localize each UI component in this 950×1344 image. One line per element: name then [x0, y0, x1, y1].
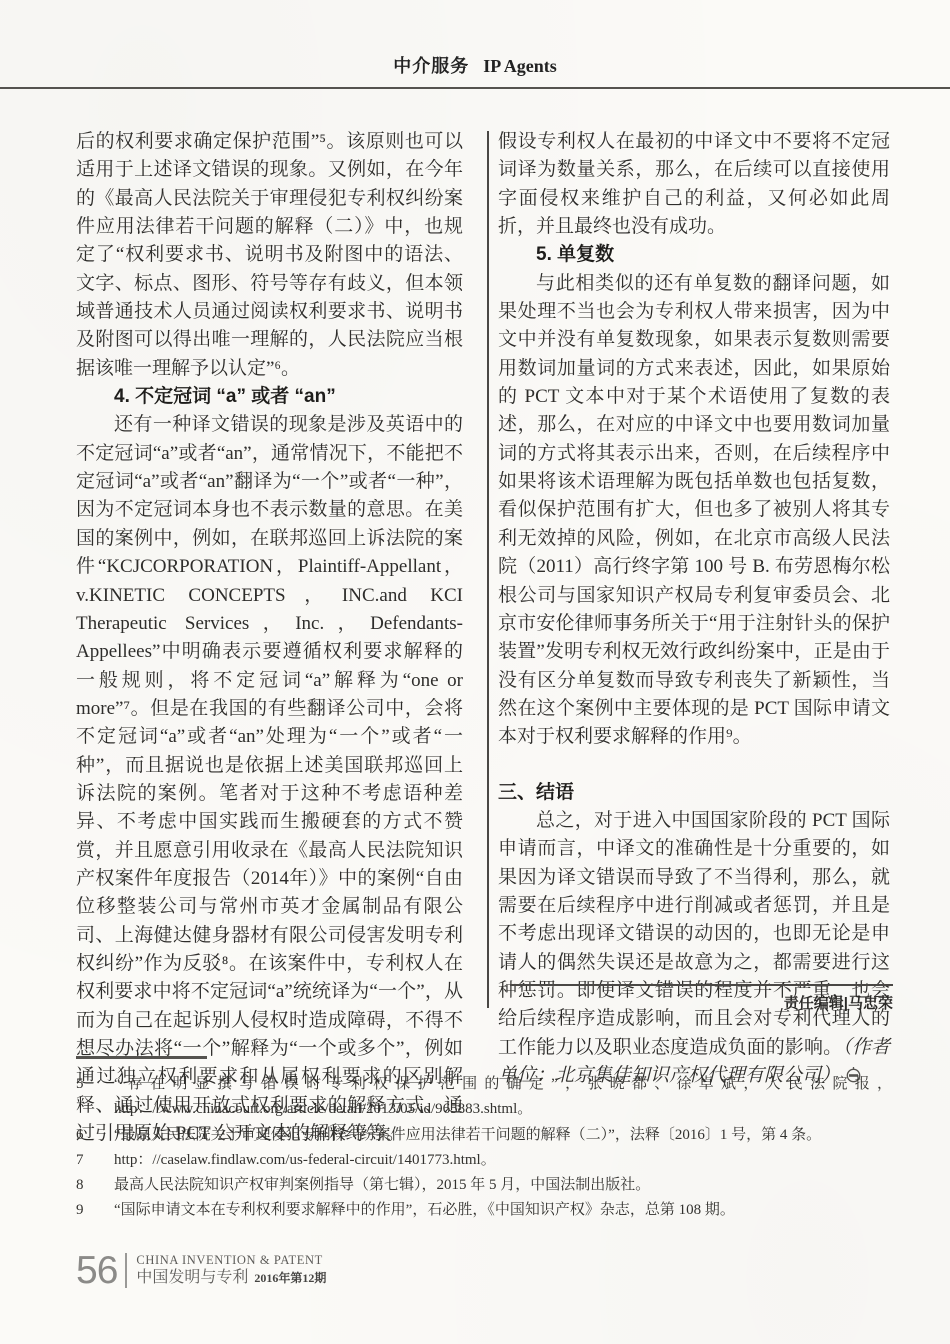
footnote-text: 最高人民法院知识产权审判案例指导（第七辑），2015 年 5 月，中国法制出版社…	[114, 1173, 892, 1198]
footnote-text: http：//caselaw.findlaw.com/us-federal-ci…	[114, 1148, 892, 1173]
paragraph-claim-scope: 后的权利要求确定保护范围”⁵。该原则也可以适用于上述译文错误的现象。又例如，在今…	[76, 128, 463, 383]
footnote-text: “最高人民法院关于审理侵犯专利权纠纷案件应用法律若干问题的解释（二）”，法释〔2…	[114, 1123, 892, 1148]
footnotes-section: 5 “存在明显撰写错误时专利权保护范围的确定”，张晓都、徐卓斌，人民法院报，ht…	[76, 1056, 892, 1224]
journal-name-cn: 中国发明与专利	[136, 1269, 248, 1286]
paragraph-singular-plural: 与此相类似的还有单复数的翻译问题，如果处理不当也会为专利权人带来损害，因为中文中…	[498, 270, 890, 752]
footnote-item: 8 最高人民法院知识产权审判案例指导（第七辑），2015 年 5 月，中国法制出…	[76, 1173, 892, 1198]
footnote-item: 9 “国际申请文本在专利权利要求解释中的作用”，石必胜，《中国知识产权》杂志，总…	[76, 1198, 892, 1223]
paragraph-literal-infringement: 假设专利权人在最初的中译文中不要将不定冠词译为数量关系，那么，在后续可以直接使用…	[498, 128, 890, 241]
footnote-text: “国际申请文本在专利权利要求解释中的作用”，石必胜，《中国知识产权》杂志，总第 …	[114, 1198, 892, 1223]
section-title-en: IP Agents	[483, 56, 557, 76]
page-number: 56	[76, 1251, 117, 1290]
magazine-page: 中介服务IP Agents 后的权利要求确定保护范围”⁵。该原则也可以适用于上述…	[0, 0, 950, 1344]
journal-name-cn-row: 中国发明与专利2016年第12期	[136, 1268, 326, 1288]
page-header: 中介服务IP Agents	[0, 52, 950, 78]
journal-info: CHINA INVENTION & PATENT 中国发明与专利2016年第12…	[136, 1253, 326, 1288]
footnote-number: 5	[76, 1072, 114, 1123]
heading-indefinite-article: 4. 不定冠词 “a” 或者 “an”	[76, 383, 463, 411]
footnote-text: “存在明显撰写错误时专利权保护范围的确定”，张晓都、徐卓斌，人民法院报，http…	[114, 1072, 892, 1123]
footer-divider	[125, 1253, 127, 1288]
header-rule	[0, 87, 950, 89]
footnote-separator-rule	[76, 1056, 207, 1059]
heading-singular-plural: 5. 单复数	[498, 241, 890, 269]
left-column: 后的权利要求确定保护范围”⁵。该原则也可以适用于上述译文错误的现象。又例如，在今…	[76, 128, 463, 1148]
footnote-item: 6 “最高人民法院关于审理侵犯专利权纠纷案件应用法律若干问题的解释（二）”，法释…	[76, 1123, 892, 1148]
section-title-cn: 中介服务	[393, 56, 469, 76]
footnote-item: 7 http：//caselaw.findlaw.com/us-federal-…	[76, 1148, 892, 1173]
footnote-number: 8	[76, 1173, 114, 1198]
heading-conclusion: 三、结语	[498, 779, 890, 807]
editor-rule	[510, 984, 893, 986]
paragraph-conclusion: 总之，对于进入中国国家阶段的 PCT 国际申请而言，中译文的准确性是十分重要的，…	[498, 807, 890, 1090]
journal-name-en: CHINA INVENTION & PATENT	[136, 1253, 326, 1268]
paragraph-indefinite-article: 还有一种译文错误的现象是涉及英语中的不定冠词“a”或者“an”，通常情况下，不能…	[76, 411, 463, 1148]
conclusion-text: 总之，对于进入中国国家阶段的 PCT 国际申请而言，中译文的准确性是十分重要的，…	[498, 810, 890, 1058]
column-divider	[487, 131, 489, 1008]
editor-credit: 责任编辑|马忠荣	[510, 992, 893, 1013]
footnote-item: 5 “存在明显撰写错误时专利权保护范围的确定”，张晓都、徐卓斌，人民法院报，ht…	[76, 1072, 892, 1123]
footnote-number: 6	[76, 1123, 114, 1148]
page-footer: 56 CHINA INVENTION & PATENT 中国发明与专利2016年…	[76, 1251, 326, 1290]
right-column: 假设专利权人在最初的中译文中不要将不定冠词译为数量关系，那么，在后续可以直接使用…	[498, 128, 890, 1090]
footnote-number: 9	[76, 1198, 114, 1223]
footnote-number: 7	[76, 1148, 114, 1173]
issue-label: 2016年第12期	[254, 1271, 326, 1285]
